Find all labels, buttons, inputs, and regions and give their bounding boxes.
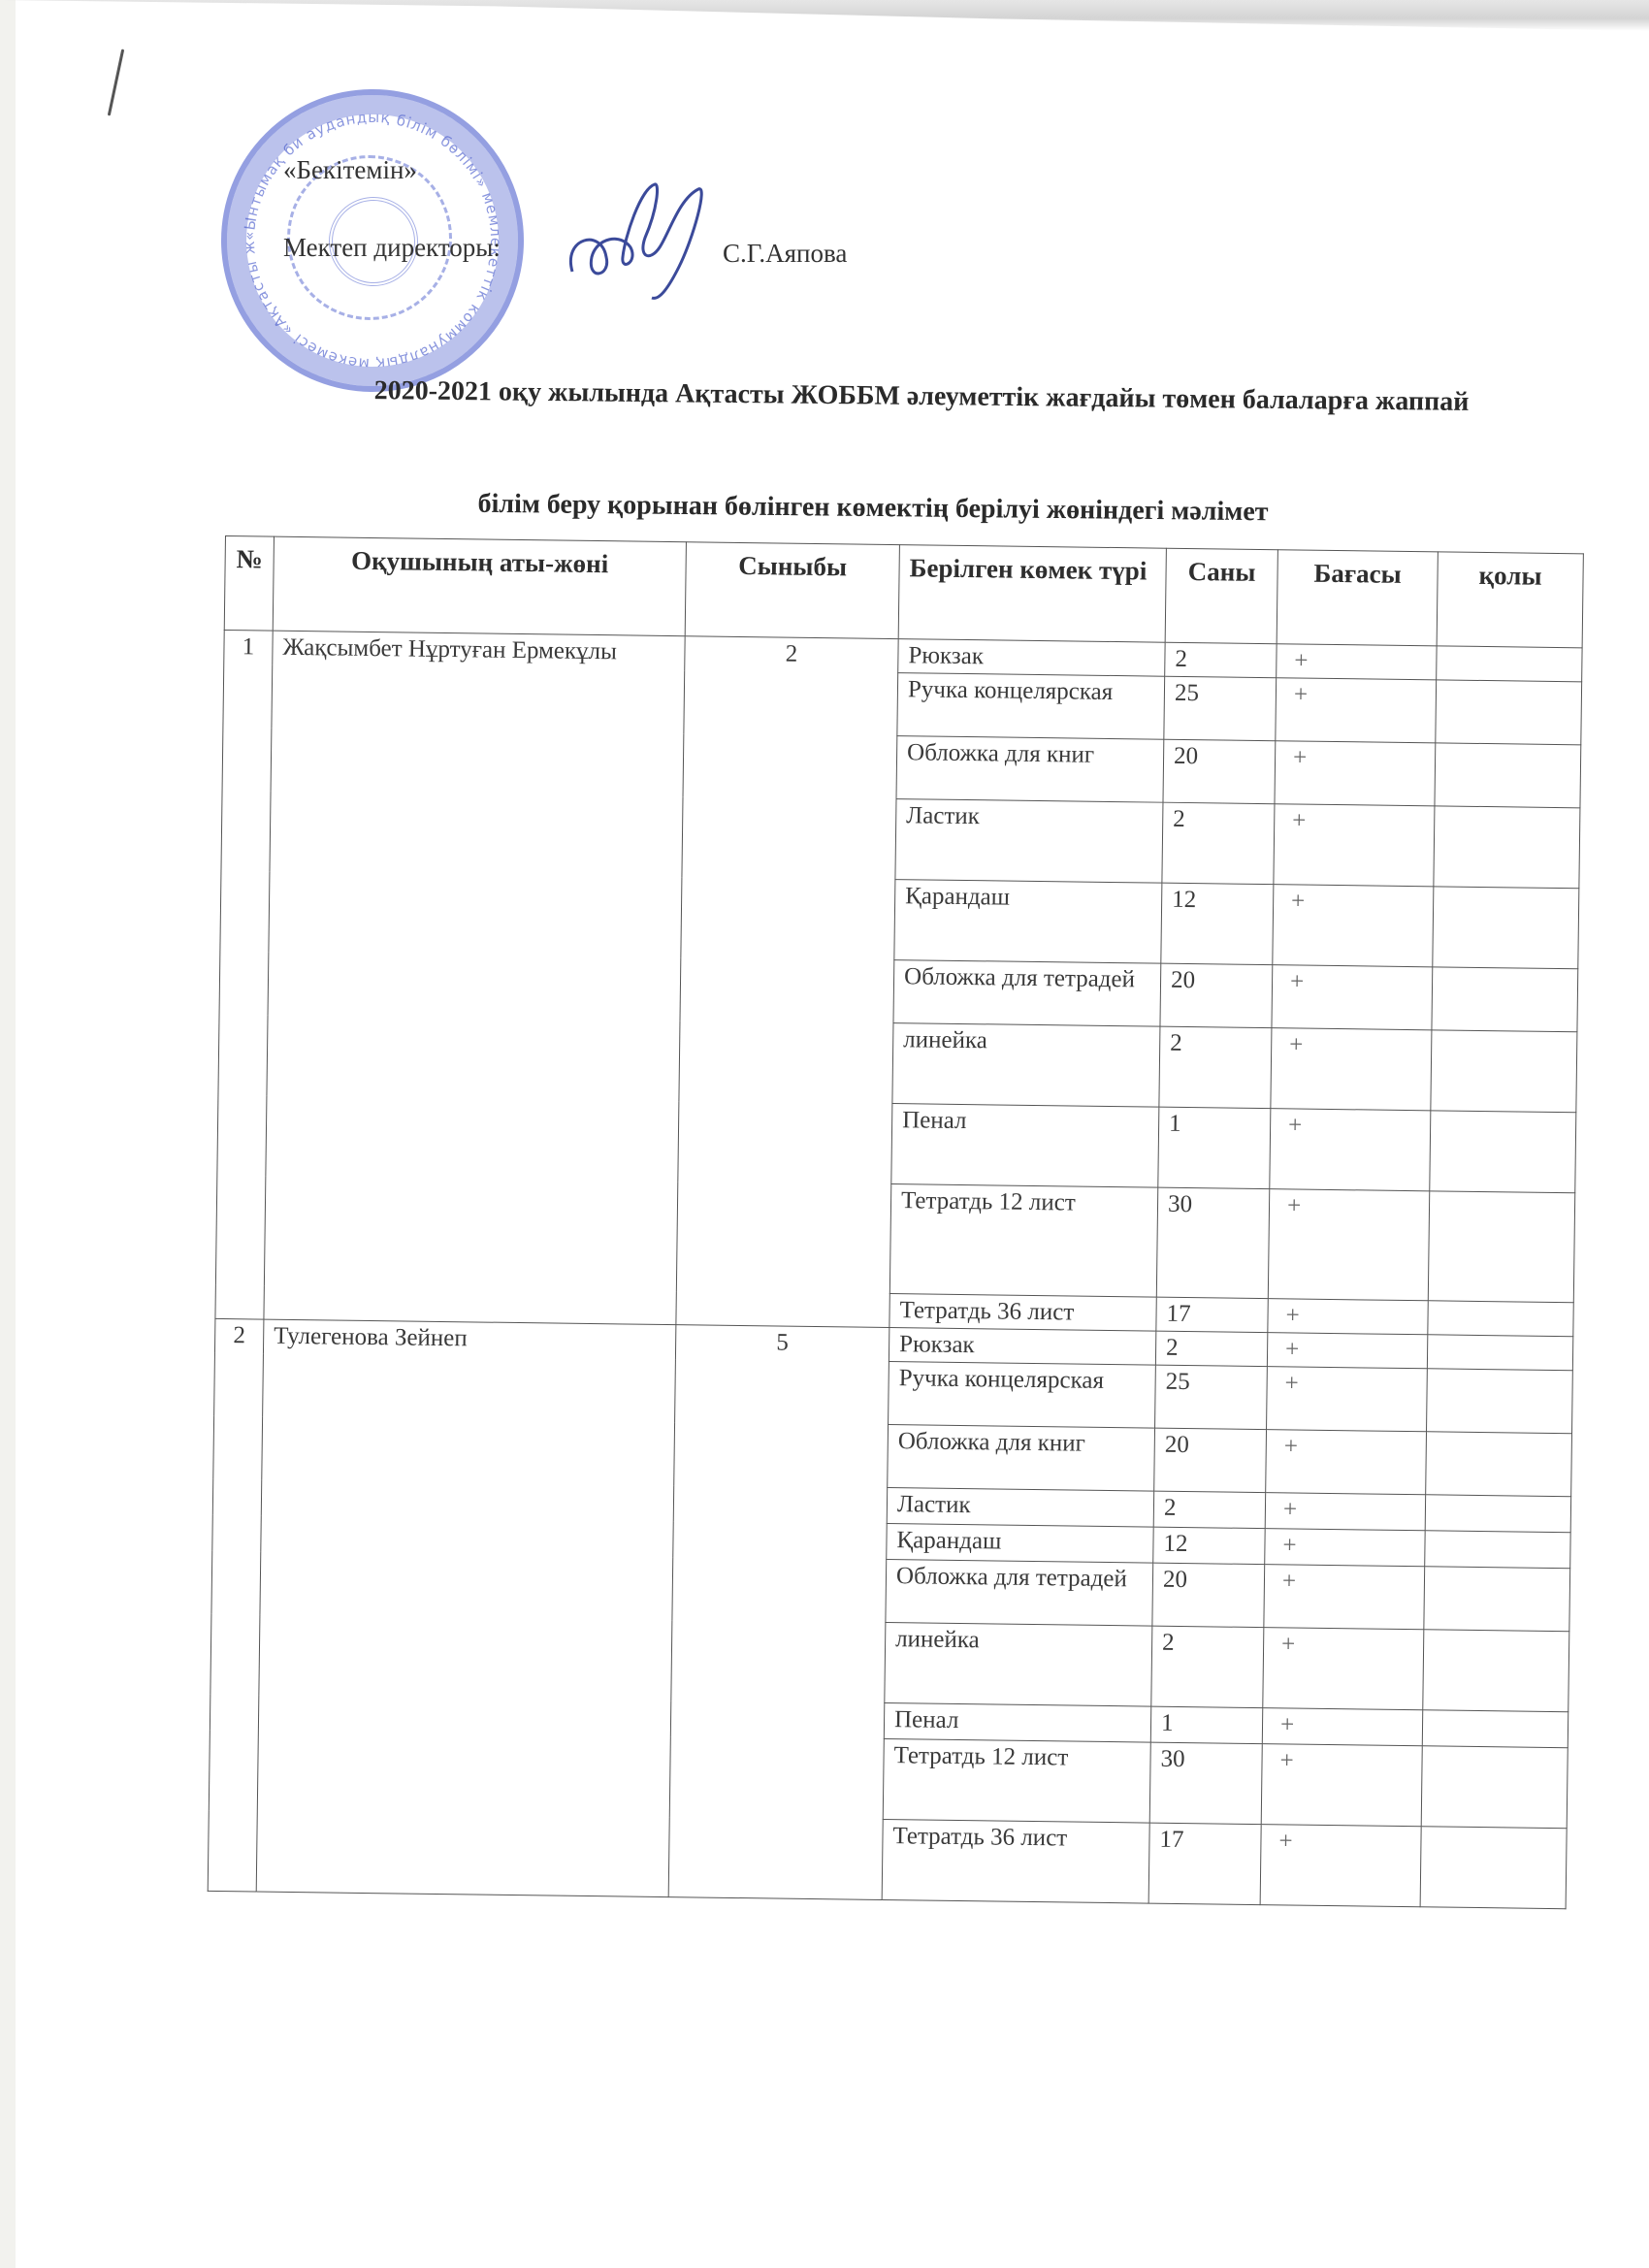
aid-quantity: 12 [1161, 883, 1274, 964]
aid-price: + [1265, 1493, 1425, 1531]
aid-item: Обложка для тетрадей [893, 960, 1161, 1027]
aid-signature [1425, 1531, 1570, 1569]
aid-item: Тетратдь 36 лист [882, 1819, 1149, 1903]
aid-price: + [1261, 1744, 1422, 1827]
aid-price: + [1268, 1299, 1428, 1335]
aid-price: + [1272, 965, 1433, 1030]
approve-label: «Бекітемін» [283, 155, 417, 185]
aid-signature [1436, 680, 1582, 745]
aid-item: линейка [892, 1023, 1160, 1108]
aid-item: Ручка концелярская [897, 673, 1165, 740]
aid-price: + [1260, 1825, 1421, 1907]
aid-item: Обложка для книг [888, 1425, 1155, 1492]
document-subtitle: білім беру қорынан бөлінген көмектің бер… [291, 487, 1455, 531]
aid-signature [1424, 1567, 1570, 1632]
aid-price: + [1273, 885, 1434, 967]
aid-price: + [1277, 644, 1437, 680]
col-header-quantity: Саны [1165, 548, 1277, 643]
scan-shadow [0, 0, 1649, 31]
aid-signature [1428, 1301, 1573, 1337]
aid-quantity: 20 [1152, 1563, 1265, 1627]
student-number: 2 [208, 1318, 264, 1892]
aid-quantity: 1 [1150, 1706, 1262, 1744]
table-header-row: № Оқушының аты-жөні Сыныбы Берілген көме… [224, 536, 1583, 648]
aid-price: + [1268, 1189, 1429, 1301]
aid-quantity: 2 [1151, 1626, 1264, 1707]
aid-price: + [1270, 1109, 1431, 1191]
aid-signature [1422, 1710, 1568, 1748]
director-label: Мектеп директоры: [283, 233, 501, 263]
aid-quantity: 2 [1153, 1491, 1265, 1529]
student-name: Тулегенова Зейнеп [256, 1319, 676, 1897]
aid-signature [1437, 646, 1582, 682]
aid-price: + [1266, 1430, 1427, 1495]
aid-table: № Оқушының аты-жөні Сыныбы Берілген көме… [208, 535, 1583, 1909]
student-name: Жақсымбет Нұртуған Ермекұлы [264, 631, 685, 1325]
col-header-price: Бағасы [1277, 550, 1438, 646]
aid-quantity: 25 [1155, 1365, 1268, 1429]
aid-signature [1430, 1111, 1576, 1193]
aid-quantity: 30 [1149, 1742, 1262, 1824]
aid-quantity: 17 [1148, 1823, 1261, 1904]
aid-item: линейка [885, 1623, 1152, 1707]
col-header-aid-type: Берілген көмек түрі [898, 545, 1166, 643]
aid-quantity: 30 [1156, 1187, 1269, 1298]
aid-price: + [1262, 1708, 1422, 1746]
aid-quantity: 1 [1158, 1107, 1271, 1188]
aid-quantity: 20 [1154, 1428, 1267, 1492]
aid-price: + [1267, 1367, 1428, 1432]
aid-item: Пенал [884, 1703, 1150, 1743]
aid-quantity: 2 [1165, 642, 1277, 678]
aid-signature [1428, 1191, 1574, 1303]
aid-item: Ластик [895, 799, 1163, 884]
aid-price: + [1271, 1028, 1432, 1111]
aid-signature [1427, 1369, 1573, 1434]
col-header-signature: қолы [1437, 552, 1583, 648]
aid-signature [1431, 1030, 1577, 1113]
scan-edge [0, 0, 16, 2268]
aid-price: + [1275, 741, 1436, 806]
aid-signature [1434, 806, 1580, 889]
document-title: 2020-2021 оқу жылында Ақтасты ЖОББМ әлеу… [310, 370, 1533, 423]
student-class: 2 [676, 636, 898, 1328]
aid-signature [1420, 1827, 1567, 1909]
aid-item: Рюкзак [898, 639, 1165, 677]
aid-item: Тетратдь 36 лист [889, 1294, 1156, 1332]
pen-mark [108, 49, 124, 115]
aid-quantity: 20 [1163, 739, 1276, 803]
aid-item: Қарандаш [894, 880, 1162, 964]
aid-price: + [1264, 1565, 1425, 1630]
aid-price: + [1267, 1333, 1427, 1369]
aid-item: Пенал [891, 1104, 1159, 1188]
aid-signature [1425, 1495, 1570, 1533]
aid-price: + [1274, 804, 1435, 887]
aid-quantity: 20 [1160, 963, 1273, 1027]
aid-item: Ластик [887, 1488, 1153, 1528]
aid-signature [1423, 1630, 1569, 1712]
aid-price: + [1276, 678, 1437, 743]
signature [563, 179, 718, 306]
aid-signature [1421, 1746, 1568, 1829]
aid-quantity: 2 [1155, 1331, 1267, 1367]
aid-quantity: 2 [1159, 1026, 1272, 1108]
col-header-student-name: Оқушының аты-жөні [273, 536, 686, 636]
aid-signature [1432, 967, 1578, 1032]
aid-signature [1426, 1432, 1572, 1497]
aid-item: Тетратдь 12 лист [889, 1184, 1157, 1298]
aid-signature [1427, 1335, 1572, 1371]
aid-signature [1435, 743, 1581, 808]
aid-price: + [1263, 1628, 1424, 1710]
aid-quantity: 25 [1164, 676, 1277, 740]
aid-item: Рюкзак [889, 1328, 1155, 1366]
aid-price: + [1265, 1529, 1425, 1567]
aid-item: Обложка для тетрадей [886, 1560, 1153, 1627]
aid-item: Тетратдь 12 лист [883, 1738, 1150, 1823]
aid-item: Ручка концелярская [889, 1362, 1156, 1429]
aid-quantity: 2 [1162, 802, 1275, 884]
aid-item: Қарандаш [887, 1524, 1153, 1564]
director-name: С.Г.Аяпова [723, 239, 847, 269]
table-body: 1Жақсымбет Нұртуған Ермекұлы2Рюкзак2+Руч… [208, 630, 1582, 1908]
aid-item: Обложка для книг [896, 736, 1164, 803]
student-class: 5 [668, 1325, 889, 1900]
aid-quantity: 17 [1156, 1297, 1268, 1333]
aid-signature [1433, 887, 1579, 969]
col-header-class: Сыныбы [685, 542, 899, 639]
aid-quantity: 12 [1153, 1527, 1265, 1565]
col-header-number: № [224, 536, 274, 632]
